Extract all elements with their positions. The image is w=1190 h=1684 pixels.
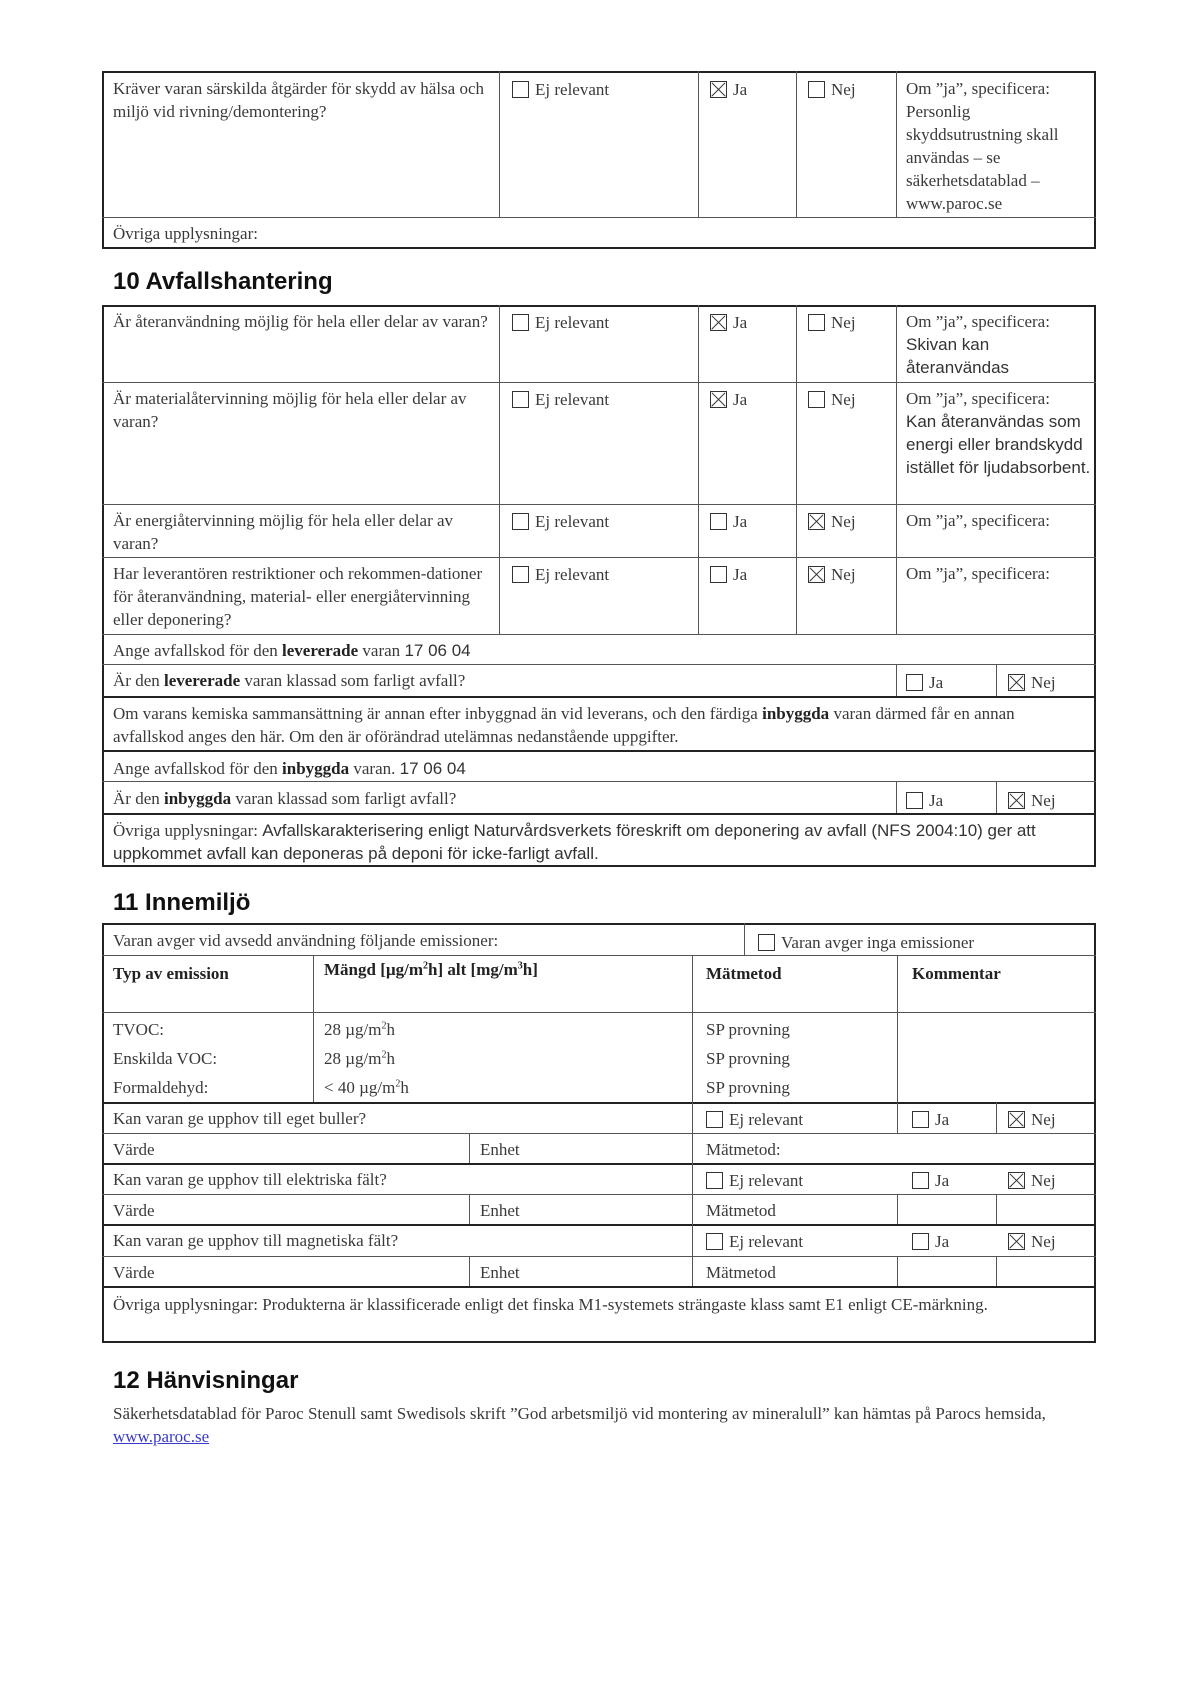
checkbox-icon[interactable] xyxy=(912,1172,929,1189)
unit-field[interactable]: Enhet xyxy=(480,1261,520,1284)
emission-method: SP provning xyxy=(706,1018,790,1041)
value-field[interactable]: Värde xyxy=(113,1261,155,1284)
builtin-hazard-question: Är den inbyggda varan klassad som farlig… xyxy=(113,787,456,810)
ja-option[interactable]: Ja xyxy=(710,388,747,411)
ja-option[interactable]: Ja xyxy=(912,1108,949,1131)
waste-code-value: 17 06 04 xyxy=(404,641,470,660)
nej-option[interactable]: Nej xyxy=(808,388,856,411)
emission-type: Formaldehyd: xyxy=(113,1076,208,1099)
ja-option[interactable]: Ja xyxy=(710,311,747,334)
specify-value: Kan återanvändas som energi eller brands… xyxy=(906,410,1092,479)
references-text: Säkerhetsdatablad för Paroc Stenull samt… xyxy=(113,1402,1098,1448)
specify-cell: Om ”ja”, specificera: Kan återanvändas s… xyxy=(906,387,1092,479)
value-field[interactable]: Värde xyxy=(113,1199,155,1222)
ej-relevant-option[interactable]: Ej relevant xyxy=(512,563,609,586)
emission-amount: 28 µg/m2h xyxy=(324,1018,395,1041)
nej-option[interactable]: Nej xyxy=(1008,1230,1056,1253)
checkbox-icon[interactable] xyxy=(808,513,825,530)
column-header-method: Mätmetod xyxy=(706,962,782,985)
checkbox-icon[interactable] xyxy=(706,1111,723,1128)
checkbox-icon[interactable] xyxy=(808,391,825,408)
question-text: Kräver varan särskilda åtgärder för skyd… xyxy=(113,77,493,123)
ej-relevant-option[interactable]: Ej relevant xyxy=(706,1230,803,1253)
checkbox-icon[interactable] xyxy=(1008,674,1025,691)
checkbox-icon[interactable] xyxy=(512,81,529,98)
other-info: Övriga upplysningar: xyxy=(113,222,258,245)
indoor-question: Kan varan ge upphov till magnetiska fält… xyxy=(113,1229,398,1252)
checkbox-icon[interactable] xyxy=(912,1111,929,1128)
checkbox-icon[interactable] xyxy=(1008,1233,1025,1250)
checkbox-icon[interactable] xyxy=(906,792,923,809)
checkbox-icon[interactable] xyxy=(710,81,727,98)
delivered-waste-code: Ange avfallskod för den levererade varan… xyxy=(113,639,471,662)
checkbox-icon[interactable] xyxy=(1008,1111,1025,1128)
checkbox-icon[interactable] xyxy=(512,513,529,530)
ej-relevant-option[interactable]: Ej relevant xyxy=(706,1108,803,1131)
waste-code-value: 17 06 04 xyxy=(400,759,466,778)
checkbox-icon[interactable] xyxy=(1008,1172,1025,1189)
indoor-question: Kan varan ge upphov till eget buller? xyxy=(113,1107,366,1130)
unit-field[interactable]: Enhet xyxy=(480,1138,520,1161)
specify-cell: Om ”ja”, specificera: xyxy=(906,509,1092,532)
checkbox-icon[interactable] xyxy=(710,314,727,331)
checkbox-icon[interactable] xyxy=(512,391,529,408)
emissions-label: Varan avger vid avsedd användning följan… xyxy=(113,929,498,952)
ja-option[interactable]: Ja xyxy=(710,78,747,101)
specify-value: Skivan kan återanvändas xyxy=(906,333,1092,379)
builtin-waste-code: Ange avfallskod för den inbyggda varan. … xyxy=(113,757,466,780)
builtin-hazard-ja[interactable]: Ja xyxy=(906,789,943,812)
nej-option[interactable]: Nej xyxy=(1008,1169,1056,1192)
other-info: Övriga upplysningar: Produkterna är klas… xyxy=(113,1293,1088,1316)
ej-relevant-option[interactable]: Ej relevant xyxy=(512,311,609,334)
checkbox-icon[interactable] xyxy=(710,391,727,408)
unit-field[interactable]: Enhet xyxy=(480,1199,520,1222)
builtin-note: Om varans kemiska sammansättning är anna… xyxy=(113,702,1088,748)
waste-question: Är materialåtervinning möjlig för hela e… xyxy=(113,387,493,433)
nej-option[interactable]: Nej xyxy=(1008,1108,1056,1131)
ja-option[interactable]: Ja xyxy=(912,1169,949,1192)
nej-option[interactable]: Nej xyxy=(808,510,856,533)
emission-type: Enskilda VOC: xyxy=(113,1047,217,1070)
delivered-hazard-ja[interactable]: Ja xyxy=(906,671,943,694)
ej-relevant-option[interactable]: Ej relevant xyxy=(706,1169,803,1192)
specify-cell: Om ”ja”, specificera: Personlig skyddsut… xyxy=(906,77,1090,215)
checkbox-icon[interactable] xyxy=(808,566,825,583)
nej-option[interactable]: Nej xyxy=(808,563,856,586)
checkbox-icon[interactable] xyxy=(706,1172,723,1189)
nej-option[interactable]: Nej xyxy=(808,78,856,101)
column-header-comment: Kommentar xyxy=(912,962,1001,985)
waste-question: Har leverantören restriktioner och rekom… xyxy=(113,562,493,631)
method-field[interactable]: Mätmetod: xyxy=(706,1138,781,1161)
column-header-type: Typ av emission xyxy=(113,962,229,985)
specify-value: Personlig skyddsutrustning skall använda… xyxy=(906,100,1090,215)
ej-relevant-option[interactable]: Ej relevant xyxy=(512,78,609,101)
checkbox-icon[interactable] xyxy=(808,314,825,331)
section-heading: 12 Hänvisningar xyxy=(113,1367,298,1395)
ja-option[interactable]: Ja xyxy=(710,563,747,586)
no-emissions-option[interactable]: Varan avger inga emissioner xyxy=(758,931,974,954)
specify-cell: Om ”ja”, specificera: Skivan kan återanv… xyxy=(906,310,1092,379)
emission-amount: 28 µg/m2h xyxy=(324,1047,395,1070)
checkbox-icon[interactable] xyxy=(912,1233,929,1250)
checkbox-icon[interactable] xyxy=(808,81,825,98)
ja-option[interactable]: Ja xyxy=(912,1230,949,1253)
checkbox-icon[interactable] xyxy=(906,674,923,691)
ja-option[interactable]: Ja xyxy=(710,510,747,533)
nej-option[interactable]: Nej xyxy=(808,311,856,334)
checkbox-icon[interactable] xyxy=(758,934,775,951)
emission-method: SP provning xyxy=(706,1076,790,1099)
checkbox-icon[interactable] xyxy=(1008,792,1025,809)
ej-relevant-option[interactable]: Ej relevant xyxy=(512,510,609,533)
waste-question: Är återanvändning möjlig för hela eller … xyxy=(113,310,493,333)
value-field[interactable]: Värde xyxy=(113,1138,155,1161)
paroc-link[interactable]: www.paroc.se xyxy=(113,1427,209,1446)
method-field[interactable]: Mätmetod xyxy=(706,1261,776,1284)
column-header-amount: Mängd [µg/m2h] alt [mg/m3h] xyxy=(324,958,538,981)
emission-amount: < 40 µg/m2h xyxy=(324,1076,409,1099)
emission-type: TVOC: xyxy=(113,1018,164,1041)
section-heading: 10 Avfallshantering xyxy=(113,268,333,296)
checkbox-icon[interactable] xyxy=(512,314,529,331)
checkbox-icon[interactable] xyxy=(512,566,529,583)
section-heading: 11 Innemiljö xyxy=(113,889,250,917)
other-info: Övriga upplysningar: Avfallskarakteriser… xyxy=(113,819,1088,865)
delivered-hazard-question: Är den levererade varan klassad som farl… xyxy=(113,669,465,692)
checkbox-icon[interactable] xyxy=(710,513,727,530)
waste-question: Är energiåtervinning möjlig för hela ell… xyxy=(113,509,493,555)
method-field[interactable]: Mätmetod xyxy=(706,1199,776,1222)
ej-relevant-option[interactable]: Ej relevant xyxy=(512,388,609,411)
indoor-question: Kan varan ge upphov till elektriska fält… xyxy=(113,1168,387,1191)
checkbox-icon[interactable] xyxy=(706,1233,723,1250)
specify-cell: Om ”ja”, specificera: xyxy=(906,562,1092,585)
builtin-hazard-nej[interactable]: Nej xyxy=(1008,789,1056,812)
emission-method: SP provning xyxy=(706,1047,790,1070)
checkbox-icon[interactable] xyxy=(710,566,727,583)
delivered-hazard-nej[interactable]: Nej xyxy=(1008,671,1056,694)
